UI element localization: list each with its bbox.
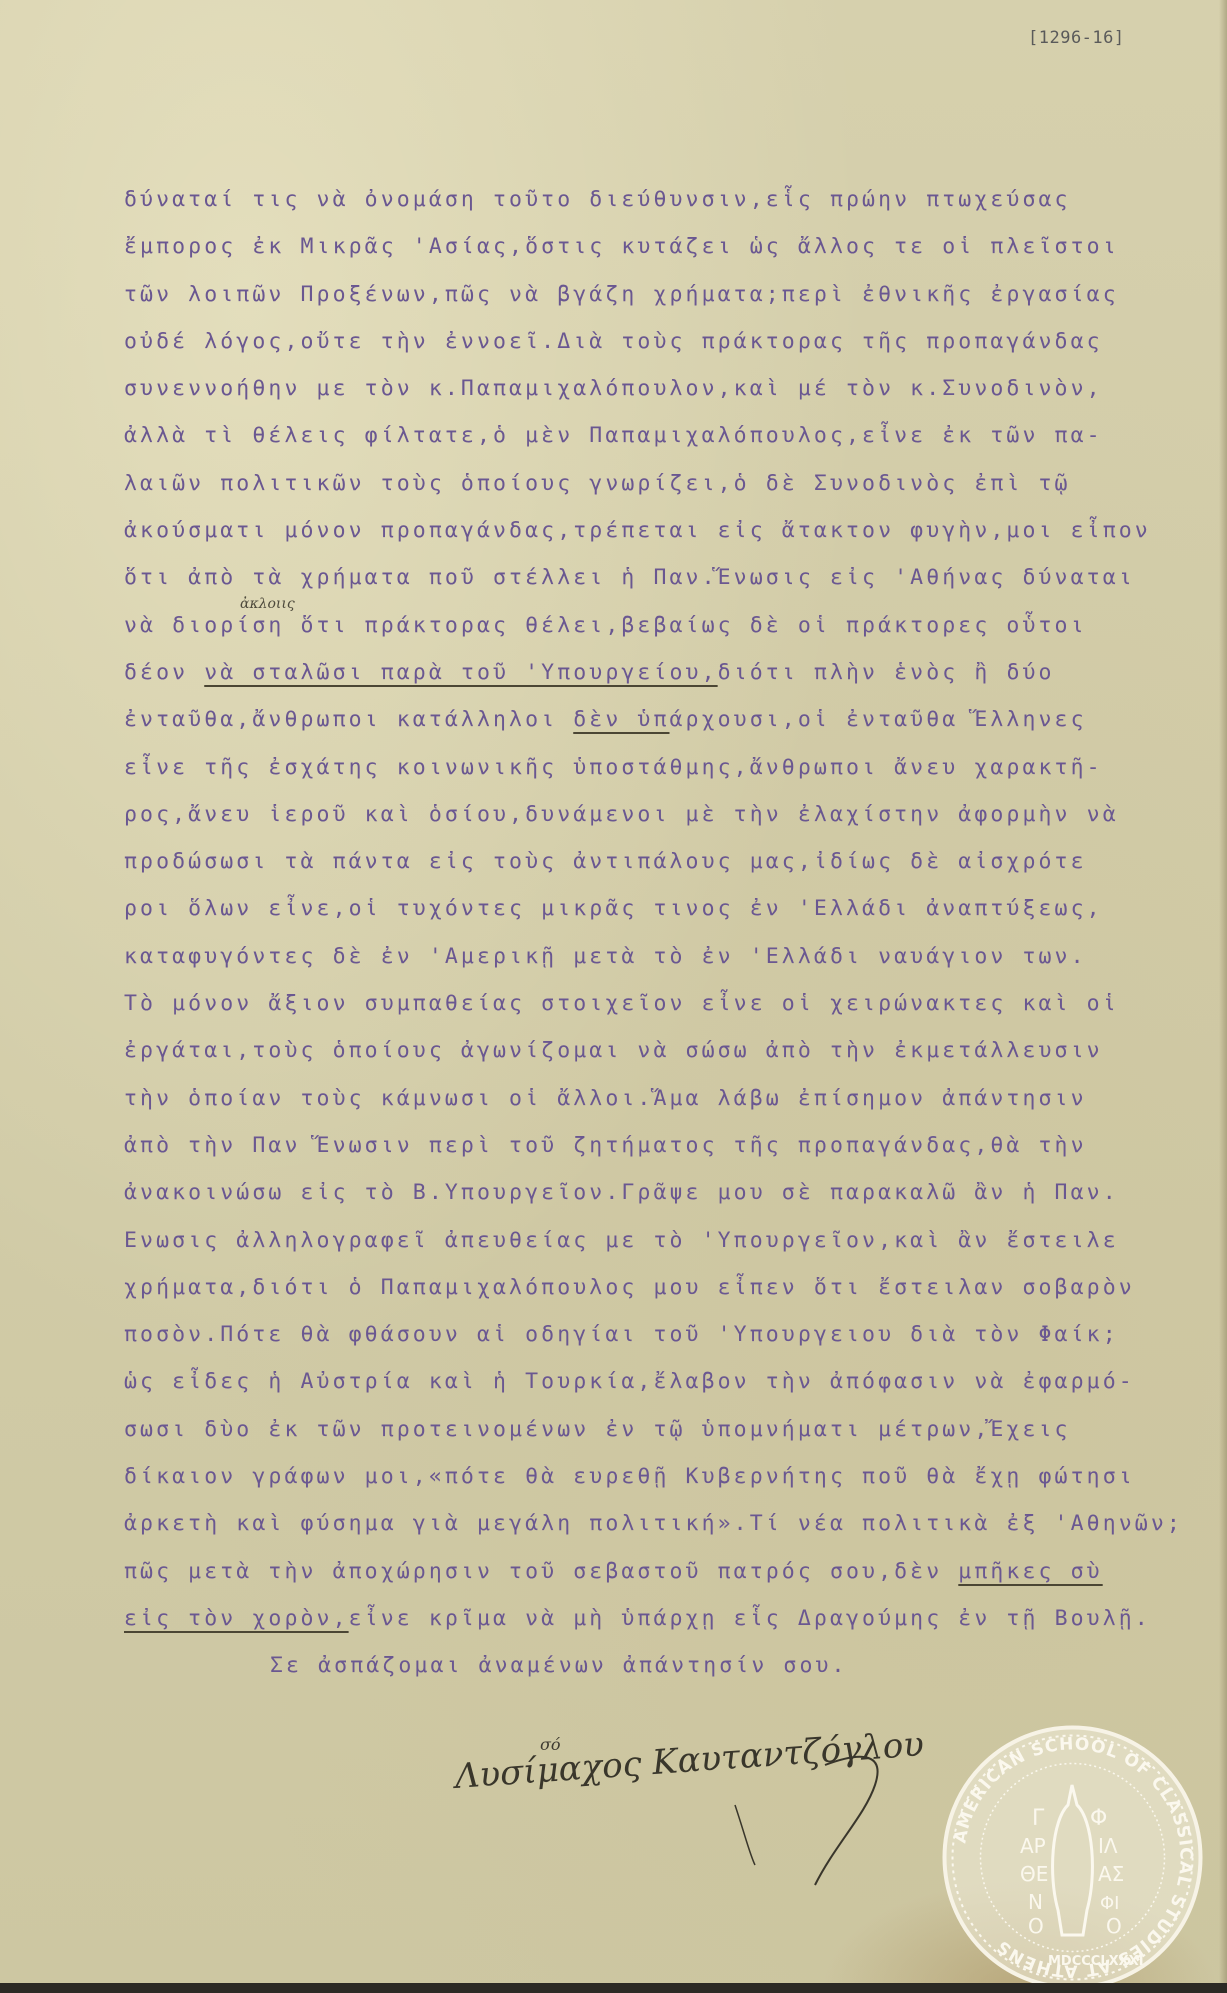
letter-body: δύναταί τις νὰ ὀνομάση τοῦτο διεύθυνσιν,… — [124, 176, 1124, 1690]
text-line: λαιῶν πολιτικῶν τοὺς ὁποίους γνωρίζει,ὁ … — [124, 460, 1124, 507]
text-segment: ἐνταῦθα,ἄνθρωποι κατάλληλοι — [124, 707, 573, 732]
text-line-underlined: πῶς μετὰ τὴν ἀποχώρησιν τοῦ σεβαστοῦ πατ… — [124, 1548, 1124, 1595]
text-line: ροι ὅλων εἶνε,οἱ τυχόντες μικρᾶς τινος ἐ… — [124, 885, 1124, 932]
text-line: ὅτι ἀπὸ τὰ χρήματα ποῦ στέλλει ἡ Παν.Ἕνω… — [124, 554, 1124, 601]
text-line: χρήματα,διότι ὁ Παπαμιχαλόπουλος μου εἶπ… — [124, 1264, 1124, 1311]
text-line: σωσι δὺο ἐκ τῶν προτεινομένων ἐν τῷ ὑπομ… — [124, 1406, 1124, 1453]
text-line: ἀλλὰ τὶ θέλεις φίλτατε,ὁ μὲν Παπαμιχαλόπ… — [124, 412, 1124, 459]
embossed-seal-icon: AMERICAN SCHOOL OF CLASSICAL STUDIES AT … — [940, 1725, 1205, 1990]
document-page: [1296-16] δύναταί τις νὰ ὀνομάση τοῦτο δ… — [0, 0, 1227, 1993]
underlined-text: νὰ σταλῶσι παρὰ τοῦ 'Υπουργείου, — [204, 660, 717, 685]
text-segment: διότι πλὴν ἑνὸς ἢ δύο — [718, 660, 1055, 685]
svg-text:ΑΡ: ΑΡ — [1020, 1834, 1046, 1858]
signature-flourish-icon — [675, 1745, 935, 1895]
svg-text:ΙΛ: ΙΛ — [1098, 1834, 1118, 1858]
svg-text:MDCCCLXXXI: MDCCCLXXXI — [1048, 1954, 1144, 1969]
text-line: τὴν ὁποίαν τοὺς κάμνωσι οἱ ἄλλοι.Ἅμα λάβ… — [124, 1075, 1124, 1122]
text-line: ἀρκετὴ καὶ φύσημα γιὰ μεγάλη πολιτική».Τ… — [124, 1500, 1124, 1547]
handwritten-annotation: ἀκλοιις — [240, 596, 295, 612]
text-line: οὐδέ λόγος,οὔτε τὴν ἐννοεῖ.Διὰ τοὺς πράκ… — [124, 318, 1124, 365]
text-line: καταφυγόντες δὲ ἐν 'Αμερικῇ μετὰ τὸ ἐν '… — [124, 933, 1124, 980]
text-line: συνεννοήθην με τὸν κ.Παπαμιχαλόπουλον,κα… — [124, 365, 1124, 412]
text-segment: άρχουσι,οἱ ἐνταῦθα Ἕλληνες — [670, 707, 1087, 732]
text-line: ρος,ἄνευ ἱεροῦ καὶ ὁσίου,δυνάμενοι μὲ τὴ… — [124, 791, 1124, 838]
text-line: ποσὸν.Πότε θὰ φθάσουν αἱ οδηγίαι τοῦ 'Υπ… — [124, 1311, 1124, 1358]
svg-text:Γ: Γ — [1032, 1806, 1045, 1831]
text-segment: δέον — [124, 660, 204, 685]
svg-text:ΑΣ: ΑΣ — [1098, 1862, 1124, 1886]
underlined-text: δὲν ὑπ — [573, 707, 669, 732]
text-line-underlined: ἐνταῦθα,ἄνθρωποι κατάλληλοι δὲν ὑπάρχουσ… — [124, 696, 1124, 743]
text-line: δύναταί τις νὰ ὀνομάση τοῦτο διεύθυνσιν,… — [124, 176, 1124, 223]
svg-text:Ν: Ν — [1028, 1890, 1043, 1914]
text-line: Ενωσις ἀλληλογραφεῖ ἀπευθείας με τὸ 'Υπο… — [124, 1217, 1124, 1264]
svg-text:ΘΕ: ΘΕ — [1020, 1862, 1048, 1886]
text-line: εἶνε τῆς ἐσχάτης κοινωνικῆς ὑποστάθμης,ἄ… — [124, 744, 1124, 791]
text-line: ἀκούσματι μόνον προπαγάνδας,τρέπεται εἰς… — [124, 507, 1124, 554]
text-line: ἐργάται,τοὺς ὁποίους ἀγωνίζομαι νὰ σώσω … — [124, 1027, 1124, 1074]
text-segment: εἶνε κρῖμα νὰ μὴ ὑπάρχῃ εἷς Δραγούμης ἐν… — [349, 1606, 1151, 1631]
archive-reference: [1296-16] — [1028, 28, 1125, 48]
text-line: ὡς εἶδες ἡ Αὐστρία καὶ ἡ Τουρκία,ἔλαβον … — [124, 1358, 1124, 1405]
text-line: ἀπὸ τὴν Παν Ἕνωσιν περὶ τοῦ ζητήματος τῆ… — [124, 1122, 1124, 1169]
svg-text:ΦΙ: ΦΙ — [1100, 1893, 1119, 1914]
text-line-underlined: εἰς τὸν χορὸν,εἶνε κρῖμα νὰ μὴ ὑπάρχῃ εἷ… — [124, 1595, 1124, 1642]
svg-text:Φ: Φ — [1090, 1806, 1107, 1831]
text-line: τῶν λοιπῶν Προξένων,πῶς νὰ βγάζη χρήματα… — [124, 271, 1124, 318]
text-line: Τὸ μόνον ἄξιον συμπαθείας στοιχεῖον εἶνε… — [124, 980, 1124, 1027]
paper-edge — [1219, 0, 1227, 1983]
text-line: δίκαιον γράφων μοι,«πότε θὰ ευρεθῇ Κυβερ… — [124, 1453, 1124, 1500]
text-line: ἔμπορος ἐκ Μικρᾶς 'Ασίας,ὅστις κυτάζει ὡ… — [124, 223, 1124, 270]
text-line-underlined: δέον νὰ σταλῶσι παρὰ τοῦ 'Υπουργείου,διό… — [124, 649, 1124, 696]
underlined-text: μπῆκες σὺ — [958, 1559, 1102, 1584]
underlined-text: εἰς τὸν χορὸν, — [124, 1606, 349, 1631]
text-line: ἀνακοινώσω εἰς τὸ Β.Υπουργεῖον.Γρᾶψε μου… — [124, 1169, 1124, 1216]
closing-line: Σε ἀσπάζομαι ἀναμένων ἀπάντησίν σου. — [124, 1642, 1124, 1689]
svg-text:Ο: Ο — [1028, 1914, 1044, 1938]
text-segment: πῶς μετὰ τὴν ἀποχώρησιν τοῦ σεβαστοῦ πατ… — [124, 1559, 958, 1584]
svg-text:Ο: Ο — [1106, 1914, 1122, 1938]
text-line: προδώσωσι τὰ πάντα εἰς τοὺς ἀντιπάλους μ… — [124, 838, 1124, 885]
